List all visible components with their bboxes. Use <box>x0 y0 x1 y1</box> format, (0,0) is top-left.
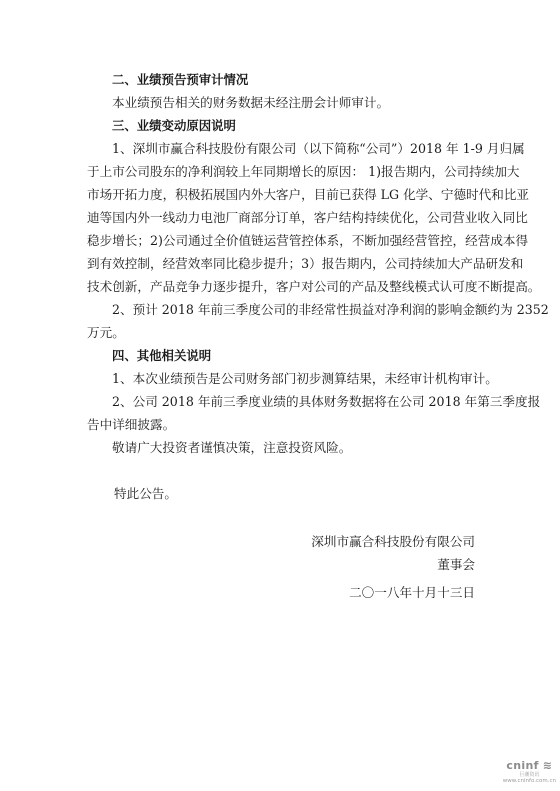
section-heading-4: 四、其他相关说明 <box>112 347 211 365</box>
section3-para1-line: 迪等国内外一线动力电池厂商部分订单，客户结构持续优化，公司营业收入同比 <box>87 209 475 227</box>
section-heading-2: 二、业绩预告预审计情况 <box>112 71 248 89</box>
cninfo-logo-text: cninf <box>506 759 538 772</box>
section-heading-3: 三、业绩变动原因说明 <box>112 117 236 135</box>
section2-body: 本业绩预告相关的财务数据未经注册会计师审计。 <box>112 94 389 112</box>
section3-para1-line: 到有效控制，经营效率同比稳步提升；3）报告期内，公司持续加大产品研发和 <box>87 255 475 273</box>
section3-para1-line: 市场开拓力度，积极拓展国内外大客户，目前已获得 LG 化学、宁德时代和比亚 <box>87 186 475 204</box>
section3-para1-line: 技术创新，产品竞争力逐步提升，客户对公司的产品及整线模式认可度不断提高。 <box>87 278 475 296</box>
cninfo-swirl-icon: ≋ <box>539 759 553 772</box>
section4-item2-line: 告中详细披露。 <box>87 416 175 434</box>
closing-text: 特此公告。 <box>114 485 177 503</box>
caution-text: 敬请广大投资者谨慎决策，注意投资风险。 <box>112 439 351 457</box>
signature-company: 深圳市赢合科技股份有限公司 <box>311 533 475 551</box>
section3-para2-line: 万元。 <box>87 324 125 342</box>
cninfo-logo: cninf ≋ <box>503 759 556 772</box>
cninfo-watermark: cninf ≋ 巨潮资讯 www.cninfo.com.cn <box>503 759 556 785</box>
section3-para1-line: 于上市公司股东的净利润较上年同期增长的原因： 1)报告期内，公司持续加大 <box>87 163 475 181</box>
section4-item1: 1、本次业绩预告是公司财务部门初步测算结果，未经审计机构审计。 <box>112 370 498 388</box>
signature-date: 二〇一八年十月十三日 <box>349 584 475 602</box>
section4-item2-line: 2、公司 2018 年前三季度业绩的具体财务数据将在公司 2018 年第三季度报 <box>112 393 475 411</box>
signature-board: 董事会 <box>437 556 475 574</box>
cninfo-url: www.cninfo.com.cn <box>503 778 556 785</box>
section3-para2-line: 2、预计 2018 年前三季度公司的非经常性损益对净利润的影响金额约为 2352 <box>112 301 475 319</box>
section3-para1-line: 1、深圳市赢合科技股份有限公司（以下简称“公司”）2018 年 1-9 月归属 <box>112 140 475 158</box>
section3-para1-line: 稳步增长；2)公司通过全价值链运营管控体系，不断加强经营管控，经营成本得 <box>87 232 475 250</box>
